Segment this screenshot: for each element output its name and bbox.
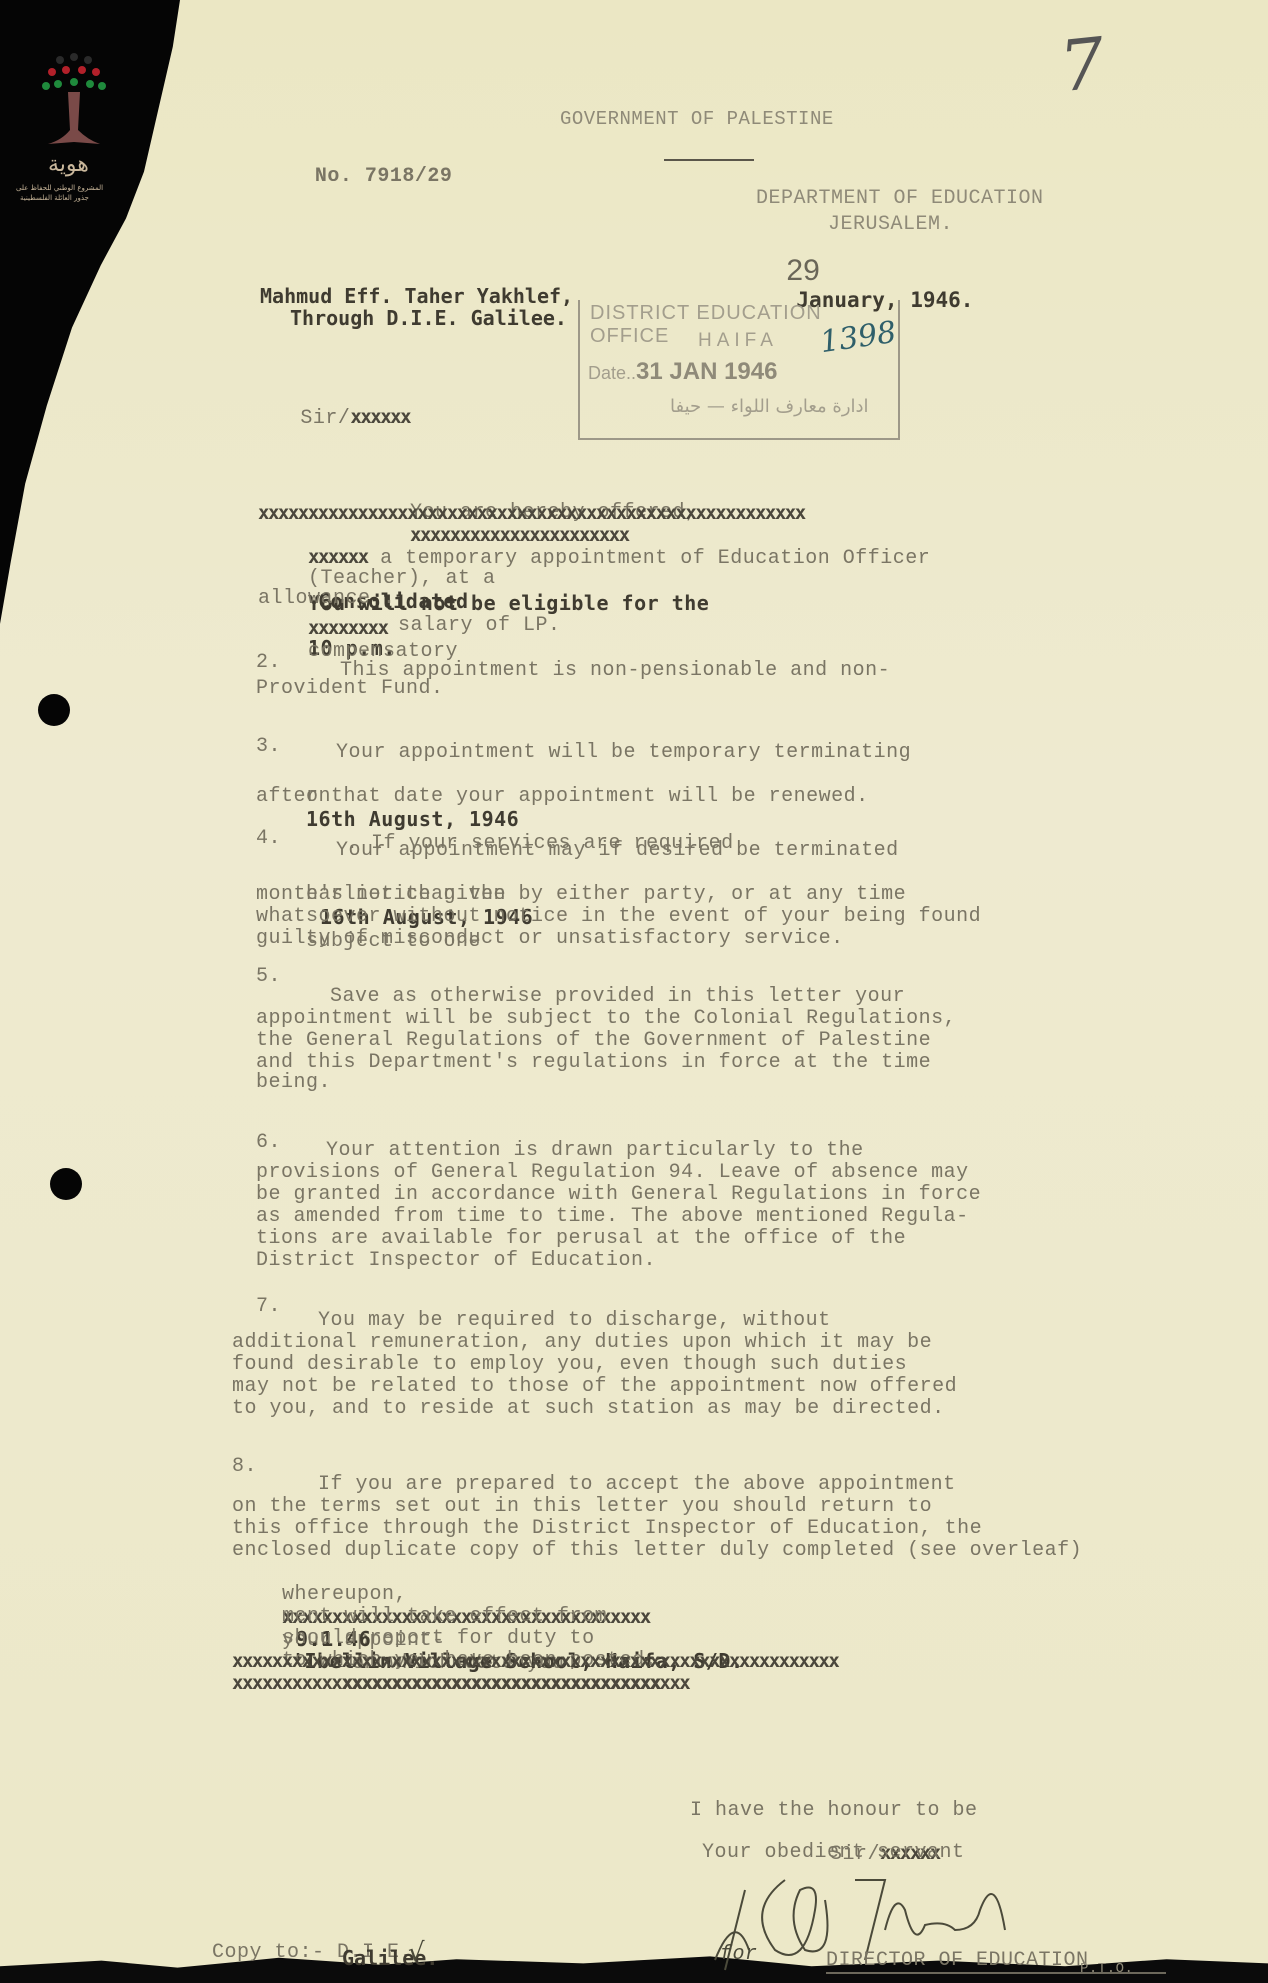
paragraph-5-number: 5. — [256, 966, 281, 988]
punch-hole — [38, 694, 70, 726]
paragraph-4-line-4: whatsoever without notice in the event o… — [256, 906, 981, 928]
paragraph-6-line-5: tions are available for perusal at the o… — [256, 1228, 906, 1250]
signature-for-prefix: for — [720, 1944, 758, 1966]
paragraph-1-line-2-struck: xxxxxxxxxxxxxxxxxxxxxxxxxxxxxxxxxxxxxxxx… — [258, 502, 805, 524]
paragraph-6-number: 6. — [256, 1132, 281, 1154]
paragraph-5-line-4: and this Department's regulations in for… — [256, 1052, 931, 1074]
government-heading: GOVERNMENT OF PALESTINE — [560, 108, 834, 130]
handwritten-page-number: 7 — [1056, 22, 1109, 108]
punch-hole — [50, 1168, 82, 1200]
paragraph-7-line-2: additional remuneration, any duties upon… — [232, 1332, 932, 1354]
paragraph-5-line-3: the General Regulations of the Governmen… — [256, 1030, 931, 1052]
paragraph-6-line-3: be granted in accordance with General Re… — [256, 1184, 981, 1206]
heading-divider — [664, 159, 754, 161]
paragraph-7-line-4: may not be related to those of the appoi… — [232, 1376, 957, 1398]
paragraph-3-line-1: Your appointment will be temporary termi… — [336, 742, 911, 764]
addressee-name: Mahmud Eff. Taher Yakhlef, — [260, 284, 573, 308]
paragraph-3-line-3: after that date your appointment will be… — [256, 786, 869, 808]
paragraph-8-line-4: enclosed duplicate copy of this letter d… — [232, 1540, 1082, 1562]
received-stamp: DISTRICT EDUCATION OFFICE HAIFA Date..31… — [578, 300, 900, 440]
department-name: DEPARTMENT OF EDUCATION — [756, 188, 1044, 210]
please-turn-over: P.T.O. — [1080, 1958, 1133, 1980]
paragraph-8-line-1: If you are prepared to accept the above … — [318, 1474, 956, 1496]
struck-text: xxxxxx — [350, 406, 410, 428]
salutation-prefix: Sir/ — [300, 407, 350, 430]
stamp-date-label: Date.. — [588, 363, 636, 383]
salutation: Sir/xxxxxx — [262, 388, 410, 448]
paragraph-7-number: 7. — [256, 1296, 281, 1318]
addressee-through: Through D.I.E. Galilee. — [290, 306, 567, 330]
paragraph-4-line-1: Your appointment may if desired be termi… — [336, 840, 899, 862]
archive-logo-caption-1: المشروع الوطني للحفاظ على — [16, 184, 103, 192]
paragraph-5-line-2: appointment will be subject to the Colon… — [256, 1008, 956, 1030]
archive-logo-caption-2: جذور العائلة الفلسطينية — [20, 194, 89, 202]
signatory-title: DIRECTOR OF EDUCATION — [826, 1950, 1089, 1972]
date-day: 29 — [786, 254, 819, 287]
paragraph-8-number: 8. — [232, 1456, 257, 1478]
paragraph-5-line-5: being. — [256, 1072, 331, 1094]
document-page: هوية المشروع الوطني للحفاظ على جذور العا… — [0, 0, 1268, 1983]
paragraph-2-number: 2. — [256, 652, 281, 674]
reference-number-label: No. 7918/29 — [315, 165, 453, 188]
stamp-arabic-text: ادارة معارف اللواء — حيفا — [670, 396, 869, 417]
paragraph-7-line-3: found desirable to employ you, even thou… — [232, 1354, 907, 1376]
paragraph-6-line-4: as amended from time to time. The above … — [256, 1206, 969, 1228]
paragraph-6-line-1: Your attention is drawn particularly to … — [326, 1140, 864, 1162]
checkmark-icon: √ — [408, 1938, 425, 1968]
paragraph-6-line-6: District Inspector of Education. — [256, 1250, 656, 1272]
paragraph-4-line-3: month's notice given by either party, or… — [256, 884, 906, 906]
department-city: JERUSALEM. — [828, 214, 953, 236]
paragraph-8-line-3: this office through the District Inspect… — [232, 1518, 982, 1540]
reference-number: No. 7918/29 — [262, 138, 452, 213]
paragraph-1-line-6: allowance . — [258, 588, 396, 610]
archive-logo-arabic-title: هوية — [48, 152, 89, 177]
stamp-date-value: 31 JAN 1946 — [636, 358, 777, 385]
paragraph-7-line-1: You may be required to discharge, withou… — [318, 1310, 831, 1332]
paragraph-5-line-1: Save as otherwise provided in this lette… — [330, 986, 905, 1008]
paragraph-7-line-5: to you, and to reside at such station as… — [232, 1398, 945, 1420]
struck-text: xxxxxxxx — [308, 617, 388, 639]
paragraph-3-number: 3. — [256, 736, 281, 758]
stamp-date: Date..31 JAN 1946 — [588, 358, 777, 386]
paragraph-8-line-2: on the terms set out in this letter you … — [232, 1496, 932, 1518]
stamp-city: HAIFA — [698, 330, 778, 352]
paragraph-2-line-2: Provident Fund. — [256, 678, 444, 700]
paragraph-8-line-9-struck: xxxxxxxxxxxxxxxxxxxxxxxxxxxxxxxxxxxxxxxx… — [232, 1650, 838, 1672]
paragraph-6-line-2: provisions of General Regulation 94. Lea… — [256, 1162, 969, 1184]
paragraph-8-line-10-struck: xxxxxxxxxxxxxxxxxxxxxxxxxxxxxxxxxxxxxxxx… — [232, 1672, 689, 1694]
termination-date: 16th August, 1946 — [306, 807, 519, 831]
paragraph-4-number: 4. — [256, 828, 281, 850]
closing-line-1: I have the honour to be — [690, 1800, 978, 1822]
paragraph-4-line-5: guilty of misconduct or unsatisfactory s… — [256, 928, 844, 950]
